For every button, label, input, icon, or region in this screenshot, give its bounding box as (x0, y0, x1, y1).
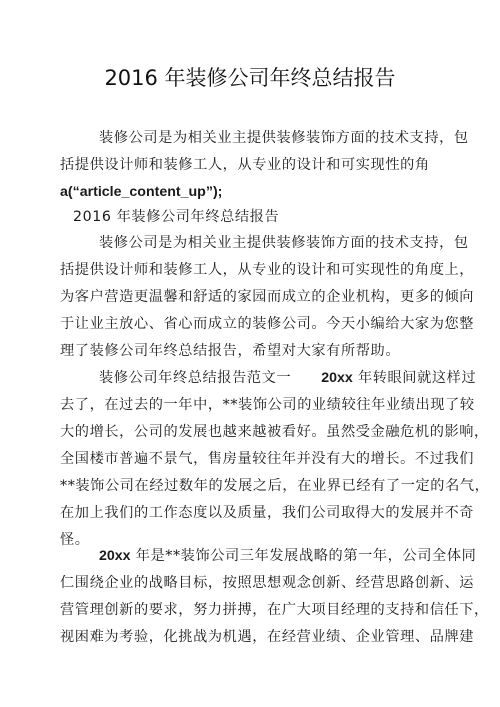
paragraph1-line-3: 为客户营造更温馨和舒适的家园而成立的企业机构，更多的倾向 (60, 287, 474, 307)
paragraph2-line-5: **装饰公司在经过数年的发展之后，在业界已经有了一定的名气， (60, 476, 489, 496)
document-title: 2016 年装修公司年终总结报告 (0, 63, 500, 93)
paragraph2-line-7: 怪。 (60, 530, 90, 550)
subheading: 2016 年装修公司年终总结报告 (73, 207, 279, 227)
paragraph3-line-3: 营管理创新的要求，努力拼搏，在广大项目经理的支持和信任下， (60, 600, 489, 620)
paragraph3-line-2: 仁围绕企业的战略目标，按照思想观念创新、经营思路创新、运 (60, 573, 474, 593)
paragraph2-line-3: 大的增长，公司的发展也越来越被看好。虽然受金融危机的影响， (60, 422, 489, 442)
paragraph3-line-4: 视困难为考验，化挑战为机遇，在经营业绩、企业管理、品牌建 (60, 627, 474, 647)
paragraph2-line-6: 在加上我们的工作态度以及质量，我们公司取得大的发展并不奇 (60, 503, 474, 523)
paragraph2-year: 20xx (321, 370, 353, 386)
paragraph2-heading: 装修公司年终总结报告范文一 (99, 370, 291, 386)
paragraph1-line-1: 装修公司是为相关业主提供装修装饰方面的技术支持，包 (99, 233, 469, 253)
paragraph3-year: 20xx (99, 548, 131, 564)
paragraph3-line-1: 20xx 年是**装饰公司三年发展战略的第一年，公司全体同 (99, 546, 476, 566)
paragraph2-line-2: 去了，在过去的一年中，**装饰公司的业绩较往年业绩出现了较 (60, 395, 475, 415)
paragraph1-line-2: 括提供设计师和装修工人，从专业的设计和可实现性的角度上， (60, 260, 474, 280)
paragraph2-first-rest: 年转眼间就这样过 (358, 370, 476, 386)
paragraph3-first-rest: 年是**装饰公司三年发展战略的第一年，公司全体同 (136, 548, 477, 564)
intro-line-1: 装修公司是为相关业主提供装修装饰方面的技术支持，包 (99, 128, 469, 148)
paragraph2-line-4: 全国楼市普遍不景气，售房量较往年并没有大的增长。不过我们 (60, 449, 474, 469)
code-snippet-line: a(“article_content_up”); (60, 182, 222, 202)
intro-line-2: 括提供设计师和装修工人，从专业的设计和可实现性的角 (60, 155, 430, 175)
paragraph1-line-5: 理了装修公司年终总结报告，希望对大家有所帮助。 (60, 341, 400, 361)
paragraph1-line-4: 于让业主放心、省心而成立的装修公司。今天小编给大家为您整 (60, 314, 474, 334)
paragraph2-line-1: 装修公司年终总结报告范文一20xx 年转眼间就这样过 (99, 368, 476, 388)
